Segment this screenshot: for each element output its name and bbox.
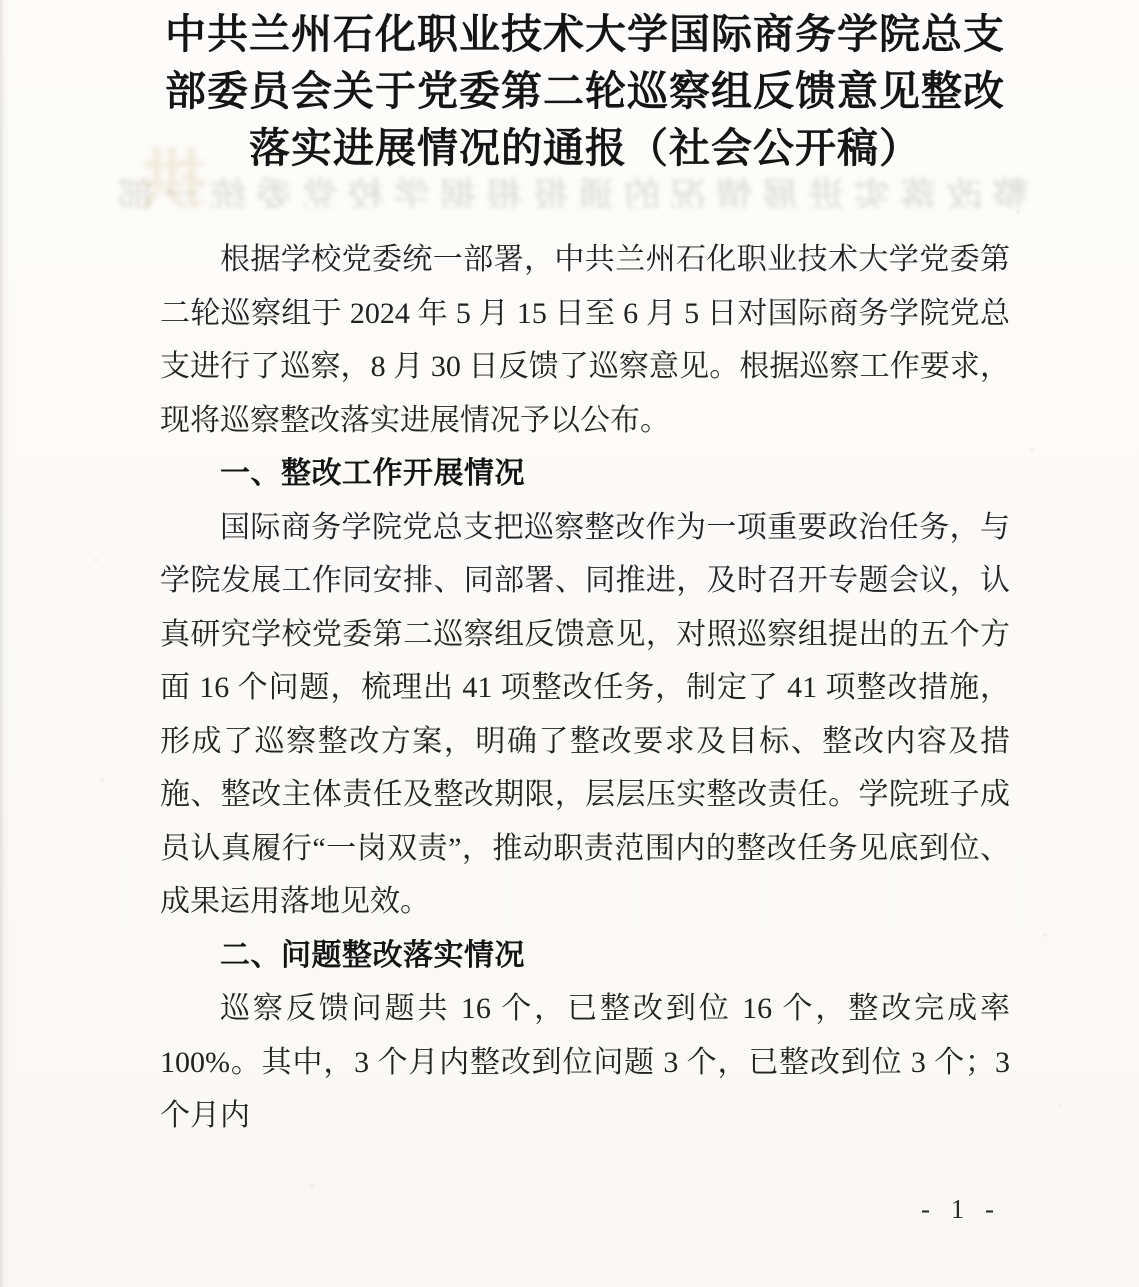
title-line-3: 落实进展情况的通报（社会公开稿） — [160, 120, 1010, 177]
document-content: 中共兰州石化职业技术大学国际商务学院总支 部委员会关于党委第二轮巡察组反馈意见整… — [0, 0, 1139, 1143]
document-body: 根据学校党委统一部署，中共兰州石化职业技术大学党委第二轮巡察组于 2024 年 … — [160, 233, 1010, 1143]
section-heading: 一、整改工作开展情况 — [160, 447, 1010, 501]
scanned-document-page: 中共兰州石化职业技术大学国际商务学院总支 部委员会关于党委第二轮巡察组反馈意见整… — [0, 0, 1139, 1287]
title-line-1: 中共兰州石化职业技术大学国际商务学院总支 — [160, 6, 1010, 63]
body-paragraph: 根据学校党委统一部署，中共兰州石化职业技术大学党委第二轮巡察组于 2024 年 … — [160, 233, 1010, 447]
section-heading: 二、问题整改落实情况 — [160, 929, 1010, 983]
title-line-2: 部委员会关于党委第二轮巡察组反馈意见整改 — [160, 63, 1010, 120]
body-paragraph: 巡察反馈问题共 16 个，已整改到位 16 个，整改完成率 100%。其中，3 … — [160, 982, 1010, 1143]
document-title: 中共兰州石化职业技术大学国际商务学院总支 部委员会关于党委第二轮巡察组反馈意见整… — [160, 6, 1010, 177]
page-number: - 1 - — [921, 1194, 1001, 1225]
body-paragraph: 国际商务学院党总支把巡察整改作为一项重要政治任务，与学院发展工作同安排、同部署、… — [160, 501, 1010, 929]
